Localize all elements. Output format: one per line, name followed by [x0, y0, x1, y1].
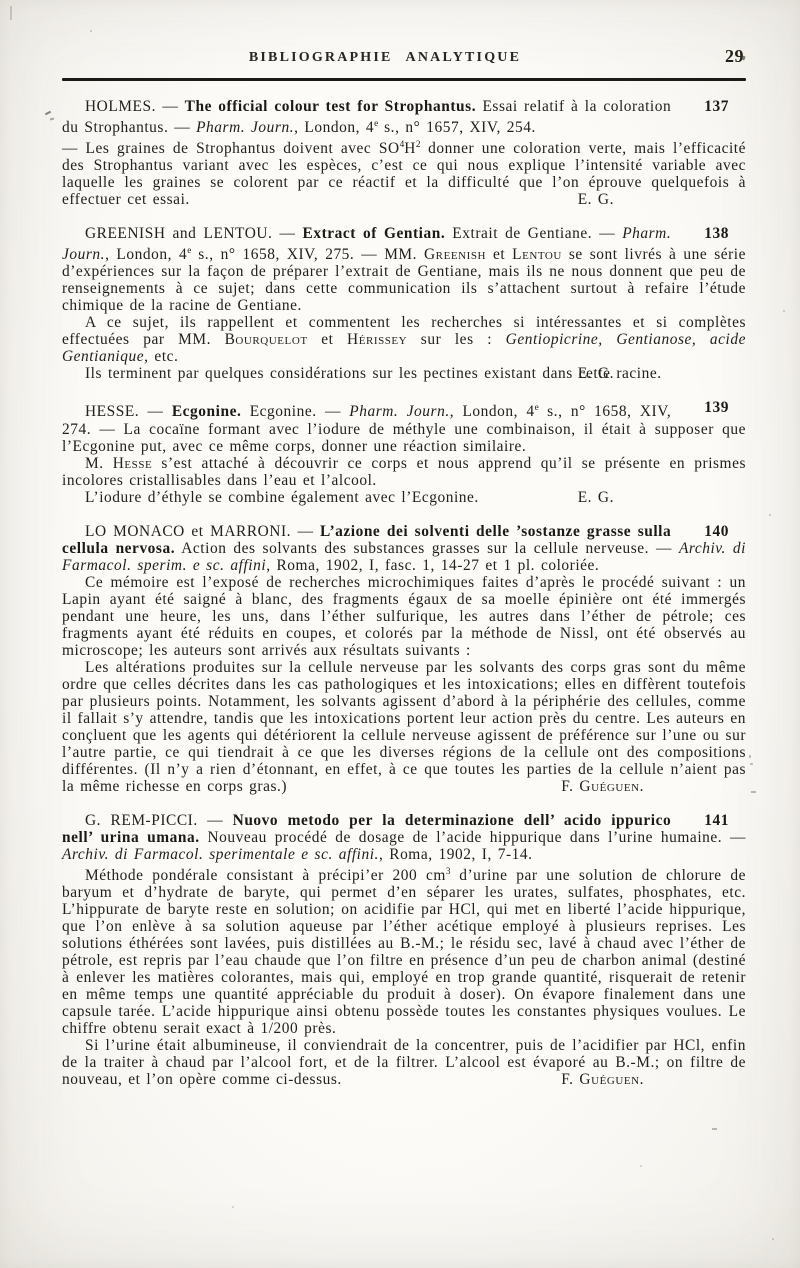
bibliography-entry-139: 139HESSE. — Ecgonine. Ecgonine. — Pharm.… — [62, 399, 746, 505]
seg-smallcaps: Hesse — [113, 455, 153, 472]
seg-smallcaps: Lentou — [512, 246, 562, 263]
page-text-block: BIBLIOGRAPHIE ANALYTIQUE 29 137HOLMES. —… — [62, 50, 746, 1088]
seg-plain: L’iodure d’éthyle se combine également a… — [85, 489, 479, 506]
entry-paragraph: M. Hesse s’est attaché à découvrir ce co… — [62, 455, 746, 489]
seg-plain: , London, 4 — [105, 246, 187, 263]
scan-smudge — [45, 111, 51, 116]
seg-bold: The official colour test for Strophantus… — [185, 98, 476, 115]
bibliography-entry-140: 140LO MONACO et MARRONI. — L’azione dei … — [62, 523, 746, 795]
entry-signature: F. Guéguen. — [538, 1071, 644, 1088]
entry-paragraph: Si l’urine était albumineuse, il convien… — [62, 1037, 746, 1088]
scanned-book-page: { "page": { "header": { "title": "BIBLIO… — [0, 0, 800, 1268]
entry-number: 137 — [681, 98, 729, 115]
seg-plain: Extrait de Gentiane. — — [445, 225, 622, 242]
scan-speck — [783, 310, 785, 312]
seg-plain: Ce mémoire est l’exposé de recherches mi… — [62, 574, 752, 659]
seg-plain: Ecgonine. — — [241, 404, 349, 421]
entry-paragraph: Méthode pondérale consistant à précipi’e… — [62, 863, 746, 1037]
entry-number: 138 — [681, 225, 729, 242]
seg-smallcaps: Greenish — [424, 246, 486, 263]
bibliography-entries: 137HOLMES. — The official colour test fo… — [62, 81, 746, 1088]
seg-plain: et — [486, 246, 512, 263]
bibliography-entry-138: 138GREENISH and LENTOU. — Extract of Gen… — [62, 225, 746, 382]
seg-italic: Pharm. Journ. — [349, 404, 449, 421]
page-number: 29 — [725, 46, 744, 67]
seg-plain: d’urine par une solution de chlorure de … — [62, 867, 752, 1037]
entry-number: 140 — [681, 523, 729, 540]
seg-plain: Méthode pondérale consistant à précipi’e… — [85, 867, 446, 884]
bibliography-entry-137: 137HOLMES. — The official colour test fo… — [62, 98, 746, 208]
entry-paragraph: 139HESSE. — Ecgonine. Ecgonine. — Pharm.… — [62, 399, 746, 454]
seg-plain: et — [308, 331, 347, 348]
scan-speck — [751, 791, 756, 793]
seg-plain: — Les graines de Strophantus doivent ave… — [62, 140, 400, 157]
scan-speck — [10, 6, 12, 20]
entry-paragraph: L’iodure d’éthyle se combine également a… — [62, 489, 746, 506]
seg-plain: Nouveau procédé de dosage de l’acide hip… — [200, 829, 752, 846]
entry-paragraph: Ce mémoire est l’exposé de recherches mi… — [62, 574, 746, 659]
seg-plain: Les altérations produites sur la cellule… — [62, 659, 752, 795]
entry-paragraph: 140LO MONACO et MARRONI. — L’azione dei … — [62, 523, 746, 574]
entry-number: 139 — [681, 399, 729, 416]
running-title: BIBLIOGRAPHIE ANALYTIQUE — [62, 50, 746, 66]
scan-smudge — [50, 118, 54, 121]
scan-speck — [640, 1165, 642, 1167]
scan-speck — [232, 1206, 234, 1208]
entry-paragraph: Ils terminent par quelques considération… — [62, 365, 746, 382]
seg-plain: , Roma, 1902, I, fasc. 1, 14-27 et 1 pl.… — [266, 557, 599, 574]
seg-bold: Extract of Gentian. — [303, 225, 446, 242]
entry-signature: E. G. — [578, 191, 614, 208]
seg-smallcaps: Hérissey — [347, 331, 407, 348]
seg-plain: , Roma, 1902, I, 7-14. — [379, 846, 533, 863]
scan-speck — [712, 1128, 717, 1130]
scan-speck — [772, 1238, 774, 1240]
seg-plain: Si l’urine était albumineuse, il convien… — [62, 1037, 752, 1088]
entry-paragraph: A ce sujet, ils rappellent et commentent… — [62, 314, 746, 365]
seg-plain: s., n° 1657, XIV, 254. — [378, 119, 536, 136]
seg-plain: s., n° 1658, XIV, 275. — MM. — [191, 246, 424, 263]
seg-italic: Archiv. di Farmacol. sperimentale e sc. … — [62, 846, 379, 863]
entry-paragraph: 141G. REM-PICCI. — Nuovo metodo per la d… — [62, 812, 746, 863]
entry-paragraph: 138GREENISH and LENTOU. — Extract of Gen… — [62, 225, 746, 314]
entry-paragraph: — Les graines de Strophantus doivent ave… — [62, 136, 746, 208]
bibliography-entry-141: 141G. REM-PICCI. — Nuovo metodo per la d… — [62, 812, 746, 1088]
entry-paragraph: 137HOLMES. — The official colour test fo… — [62, 98, 746, 136]
seg-plain: sur les : — [407, 331, 506, 348]
seg-plain: , London, 4 — [294, 119, 374, 136]
seg-plain: M. — [85, 455, 113, 472]
page-header: BIBLIOGRAPHIE ANALYTIQUE 29 — [62, 50, 746, 72]
seg-plain: LO MONACO et MARRONI. — — [85, 523, 320, 540]
seg-smallcaps: Bourquelot — [225, 331, 308, 348]
seg-plain: s’est attaché à découvrir ce corps et no… — [62, 455, 752, 489]
seg-plain: Action des solvants des substances grass… — [175, 540, 679, 557]
scan-speck — [769, 514, 771, 516]
seg-bold: Ecgonine. — [172, 404, 242, 421]
seg-italic: Pharm. Journ. — [196, 119, 294, 136]
seg-plain: H — [404, 140, 416, 157]
seg-plain: , etc. — [144, 348, 178, 365]
seg-plain: G. REM-PICCI. — — [85, 812, 233, 829]
scan-speck — [90, 30, 92, 32]
entry-signature: E. G. — [555, 365, 614, 382]
seg-plain: HESSE. — — [85, 404, 172, 421]
entry-paragraph: Les altérations produites sur la cellule… — [62, 659, 746, 795]
entry-number: 141 — [681, 812, 729, 829]
seg-plain: HOLMES. — — [85, 98, 185, 115]
entry-signature: F. Guéguen. — [538, 778, 644, 795]
seg-plain: GREENISH and LENTOU. — — [85, 225, 303, 242]
entry-signature: E. G. — [555, 489, 614, 506]
seg-plain: , London, 4 — [450, 404, 535, 421]
